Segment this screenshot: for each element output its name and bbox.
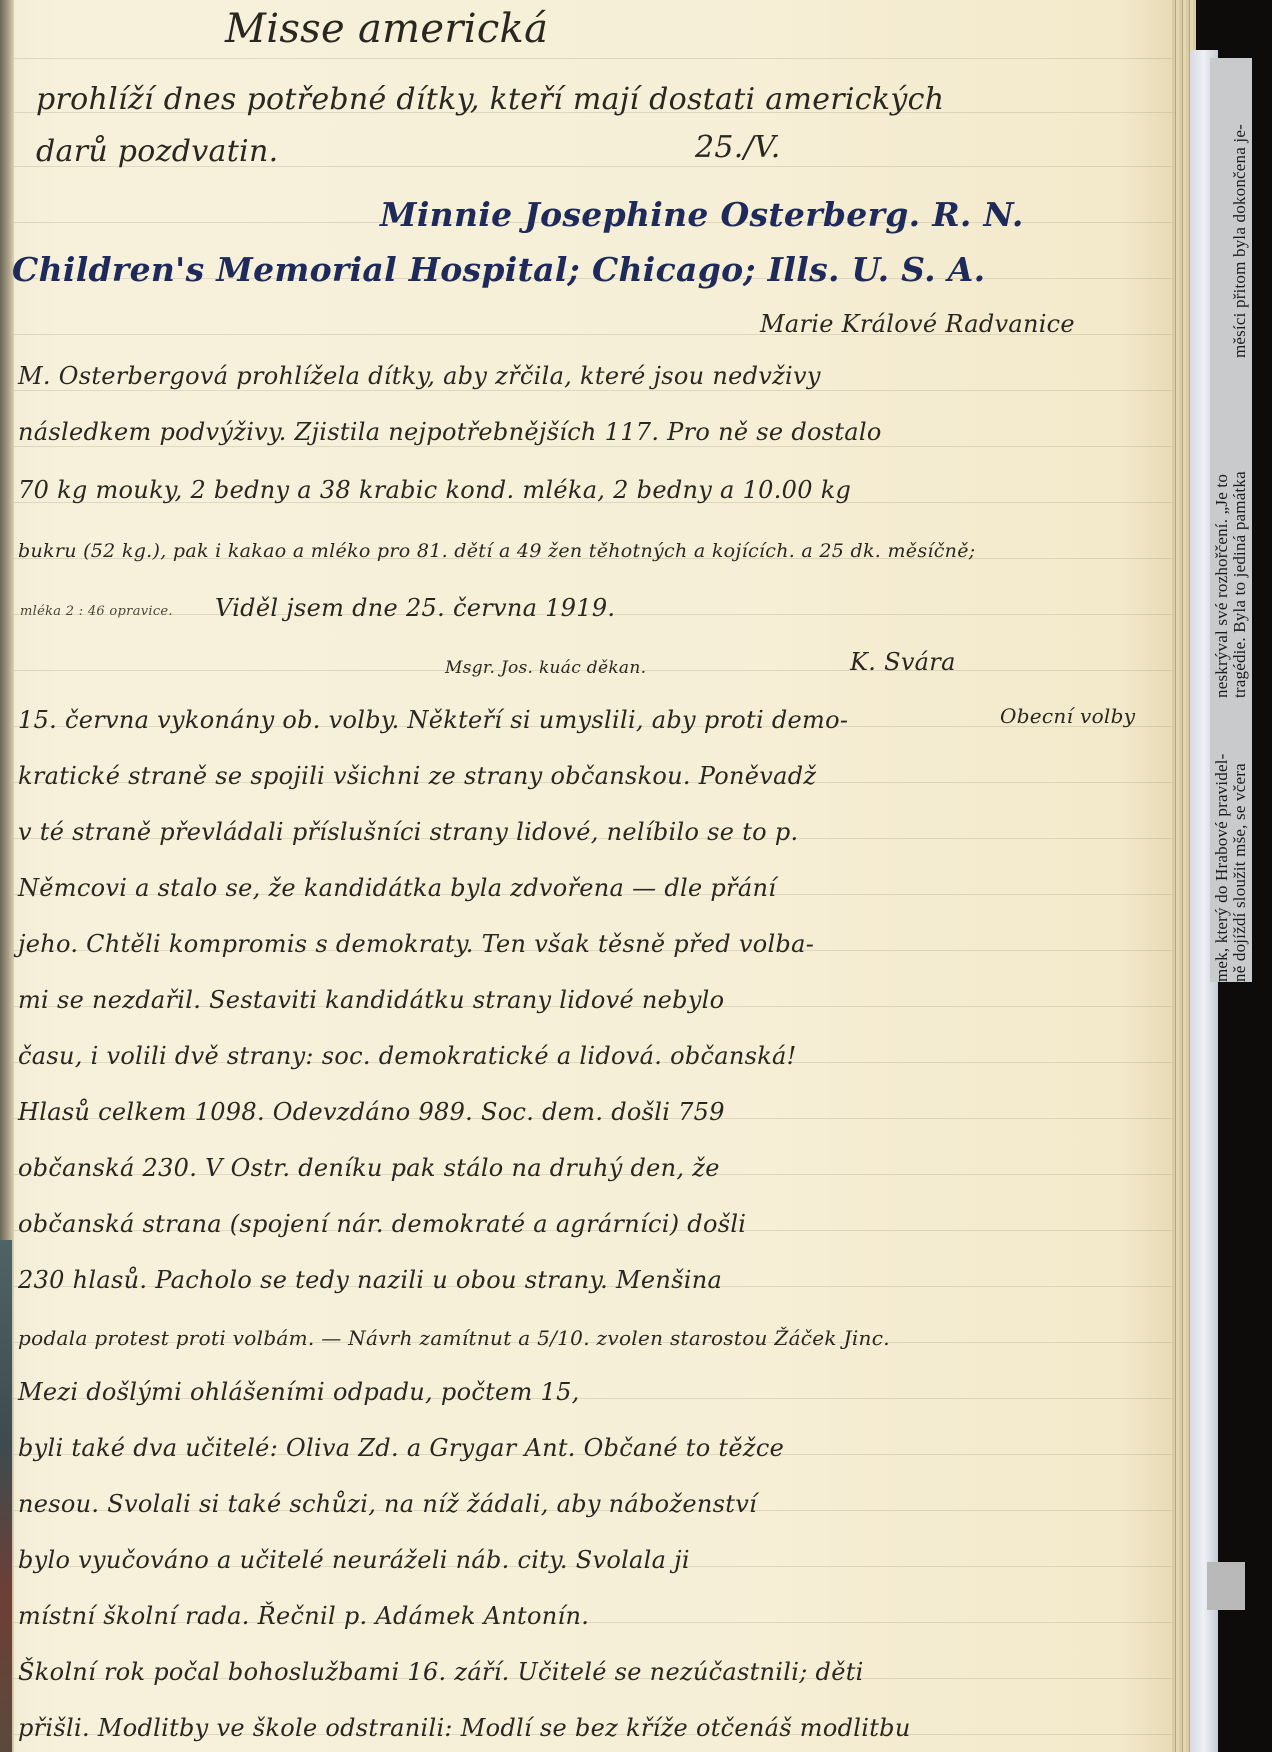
- margin-note-milk: mléka 2 : 46 opravice.: [20, 604, 173, 619]
- notebook-page: Misse americká prohlíží dnes potřebné dí…: [0, 0, 1190, 1752]
- clipping-line-1: neskrýval své rozhořčení. „Je to: [1212, 474, 1232, 698]
- intro-line-2: darů pozdvatin.: [36, 134, 278, 169]
- ruled-line: [14, 390, 1190, 391]
- signature-osterberg: Minnie Josephine Osterberg. R. N.: [380, 195, 1024, 234]
- elections-line-11: 230 hlasů. Pacholo se tedy nazili u obou…: [18, 1266, 722, 1294]
- elections-line-17: místní školní rada. Řečnil p. Adámek Ant…: [18, 1602, 589, 1630]
- elections-line-1: 15. června vykonány ob. volby. Někteří s…: [18, 706, 848, 734]
- clipping-line-5: ně dojíždí sloužit mše, se včera: [1230, 763, 1250, 982]
- elections-line-9: občanská 230. V Ostr. deníku pak stálo n…: [18, 1154, 720, 1182]
- report-line-4: bukru (52 kg.), pak i kakao a mléko pro …: [18, 540, 975, 562]
- clipping-line-2: tragédie. Byla to jediná památka: [1230, 471, 1250, 698]
- elections-line-15: nesou. Svolali si také schůzi, na níž žá…: [18, 1490, 757, 1518]
- clipping-fragment: [1207, 1562, 1245, 1610]
- entry-title: Misse americká: [225, 6, 548, 52]
- elections-line-13: Mezi došlými ohlášeními odpadu, počtem 1…: [18, 1378, 580, 1406]
- elections-line-2: kratické straně se spojili všichni ze st…: [18, 762, 816, 790]
- report-line-1: M. Osterbergová prohlížela dítky, aby zř…: [18, 362, 821, 390]
- witness-svara: K. Svára: [850, 648, 956, 676]
- elections-line-10: občanská strana (spojení nár. demokraté …: [18, 1210, 746, 1238]
- report-line-2: následkem podvýživy. Zjistila nejpotřebn…: [18, 418, 882, 446]
- margin-heading-elections: Obecní volby: [1000, 704, 1135, 728]
- witness-dean: Msgr. Jos. kuác děkan.: [445, 658, 646, 678]
- elections-line-5: jeho. Chtěli kompromis s demokraty. Ten …: [18, 930, 814, 958]
- elections-line-16: bylo vyučováno a učitelé neuráželi náb. …: [18, 1546, 690, 1574]
- clipping-line-4: mek, který do Hrabové pravidel-: [1212, 753, 1232, 982]
- clipping-line-3: měsíci přitom byla dokončena je-: [1230, 124, 1250, 358]
- elections-line-8: Hlasů celkem 1098. Odevzdáno 989. Soc. d…: [18, 1098, 725, 1126]
- elections-line-18: Školní rok počal bohoslužbami 16. září. …: [18, 1658, 864, 1686]
- intro-line-1: prohlíží dnes potřebné dítky, kteří mají…: [36, 82, 944, 117]
- ruled-line: [14, 58, 1190, 59]
- elections-line-7: času, i volili dvě strany: soc. demokrat…: [18, 1042, 797, 1070]
- report-seen-date: Viděl jsem dne 25. června 1919.: [215, 594, 615, 622]
- signature-hospital: Children's Memorial Hospital; Chicago; I…: [12, 250, 985, 289]
- elections-line-19: přišli. Modlitby ve škole odstranili: Mo…: [18, 1714, 911, 1742]
- elections-line-3: v té straně převládali příslušníci stran…: [18, 818, 798, 846]
- elections-line-6: mi se nezdařil. Sestaviti kandidátku str…: [18, 986, 724, 1014]
- binding-cloth: [0, 1240, 12, 1752]
- signature-radvanice: Marie Králové Radvanice: [760, 310, 1075, 338]
- ruled-line: [14, 446, 1190, 447]
- elections-line-12: podala protest proti volbám. — Návrh zam…: [18, 1326, 890, 1350]
- elections-line-4: Němcovi a stalo se, že kandidátka byla z…: [18, 874, 776, 902]
- newspaper-clipping: mek, který do Hrabové pravidel- ně dojíž…: [1210, 58, 1252, 982]
- report-line-3: 70 kg mouky, 2 bedny a 38 krabic kond. m…: [18, 476, 851, 504]
- intro-date: 25./V.: [695, 130, 781, 165]
- elections-line-14: byli také dva učitelé: Oliva Zd. a Gryga…: [18, 1434, 784, 1462]
